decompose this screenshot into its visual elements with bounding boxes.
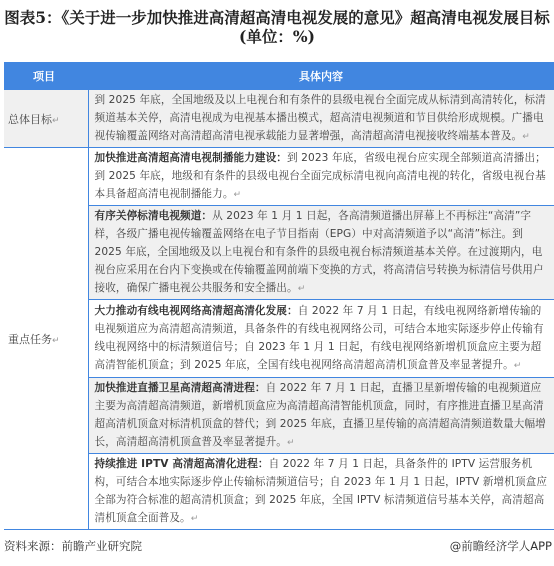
table-row: 总体目标↵ 到 2025 年底，全国地级及以上电视台和有条件的县级电视台全面完成… — [4, 90, 554, 148]
credit-note: @前瞻经济学人APP — [450, 538, 552, 554]
task-item: 有序关停标清电视频道：从 2023 年 1 月 1 日起，各高清频道播出屏幕上不… — [88, 206, 554, 300]
row-content-overall: 到 2025 年底，全国地级及以上电视台和有条件的县级电视台全面完成从标清到高清… — [88, 90, 554, 148]
table-header-row: 项目 具体内容 — [4, 62, 554, 90]
header-item: 项目 — [4, 62, 88, 90]
header-content: 具体内容 — [88, 62, 554, 90]
chart-title: 图表5：《关于进一步加快推进高清超高清电视发展的意见》超高清电视发展目标(单位：… — [0, 8, 554, 46]
row-label-overall: 总体目标↵ — [4, 90, 88, 148]
source-note: 资料来源：前瞻产业研究院 — [4, 538, 142, 554]
task-item: 加快推进直播卫星高清超高清进程：自 2022 年 7 月 1 日起，直播卫星新增… — [88, 378, 554, 454]
task-item: 加快推进高清超高清电视制播能力建设：到 2023 年底，省级电视台应实现全部频道… — [88, 148, 554, 206]
task-item: 持续推进 IPTV 高清超高清化进程：自 2022 年 7 月 1 日起，具备条… — [88, 454, 554, 530]
row-label-key-tasks: 重点任务↵ — [4, 148, 88, 530]
table-row: 重点任务↵ 加快推进高清超高清电视制播能力建设：到 2023 年底，省级电视台应… — [4, 148, 554, 206]
goals-table: 项目 具体内容 总体目标↵ 到 2025 年底，全国地级及以上电视台和有条件的县… — [4, 62, 554, 530]
task-item: 大力推动有线电视网络高清超高清化发展：自 2022 年 7 月 1 日起，有线电… — [88, 300, 554, 378]
